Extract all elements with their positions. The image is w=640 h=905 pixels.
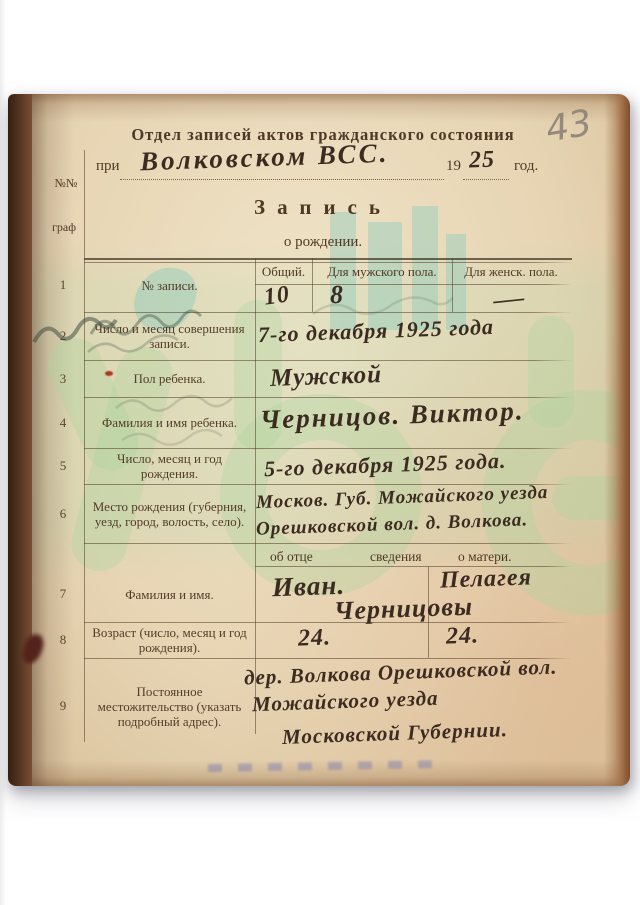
parents-header-father: об отце [270, 549, 313, 565]
document-photo: Отдел записей актов гражданского состоян… [8, 94, 630, 786]
row-number: 3 [48, 360, 78, 397]
entry-mother-name: Пелагея [440, 564, 533, 594]
entry-number-general: 10 [262, 281, 292, 311]
scan-background: Отдел записей актов гражданского состоян… [0, 0, 640, 905]
torn-page-edge [604, 94, 630, 786]
column-header-male: Для мужского пола. [312, 264, 452, 280]
page-number: 43 [543, 102, 595, 150]
record-subtitle: о рождении. [158, 234, 488, 251]
red-mark [105, 371, 113, 376]
entry-sex: Мужской [270, 361, 383, 393]
year-suffix: год. [514, 158, 538, 175]
year-handwritten: 25 [469, 147, 496, 175]
entry-mother-age: 24. [446, 622, 480, 650]
row-label: № записи. [84, 258, 255, 312]
row-label: Пол ребенка. [84, 360, 255, 397]
row-number: 8 [48, 622, 78, 658]
row-number: 6 [48, 484, 78, 543]
row-number: 5 [48, 448, 78, 484]
row-number: 7 [48, 566, 78, 622]
entry-number-male: 8 [329, 280, 344, 310]
year-prefix: 19 [446, 158, 461, 175]
column-header-general: Общий. [255, 264, 312, 280]
parents-header-mother: о матери. [458, 549, 511, 565]
row-rule [84, 543, 572, 544]
parents-header-middle: сведения [370, 549, 422, 565]
row-rule [255, 284, 572, 285]
record-title: Запись [158, 195, 488, 220]
entry-number-female: — [492, 284, 527, 313]
row-number: 4 [48, 397, 78, 448]
row-number: 9 [48, 658, 78, 754]
row-number: 1 [48, 258, 78, 312]
row-label: Фамилия и имя ребенка. [84, 397, 255, 448]
row-label: Число, месяц и год рождения. [84, 448, 255, 484]
row-label: Возраст (число, месяц и год рождения). [84, 622, 255, 658]
at-label: при [96, 158, 120, 175]
fill-line [463, 179, 509, 180]
row-label: Число и месяц совершения записи. [84, 312, 255, 360]
row-number: 2 [48, 312, 78, 360]
row-label: Фамилия и имя. [84, 566, 255, 622]
row-label: Постоянное местожительство (указать подр… [84, 658, 255, 754]
entry-parents-surname: Черницовы [334, 592, 474, 627]
row-label: Место рождения (губерния, уезд, город, в… [84, 484, 255, 543]
column-header-female: Для женск. пола. [452, 264, 570, 280]
entry-father-age: 24. [298, 624, 332, 652]
fill-line [120, 179, 444, 180]
margin-graph-label: граф [42, 220, 86, 235]
margin-rows-label: №№ [46, 176, 86, 191]
